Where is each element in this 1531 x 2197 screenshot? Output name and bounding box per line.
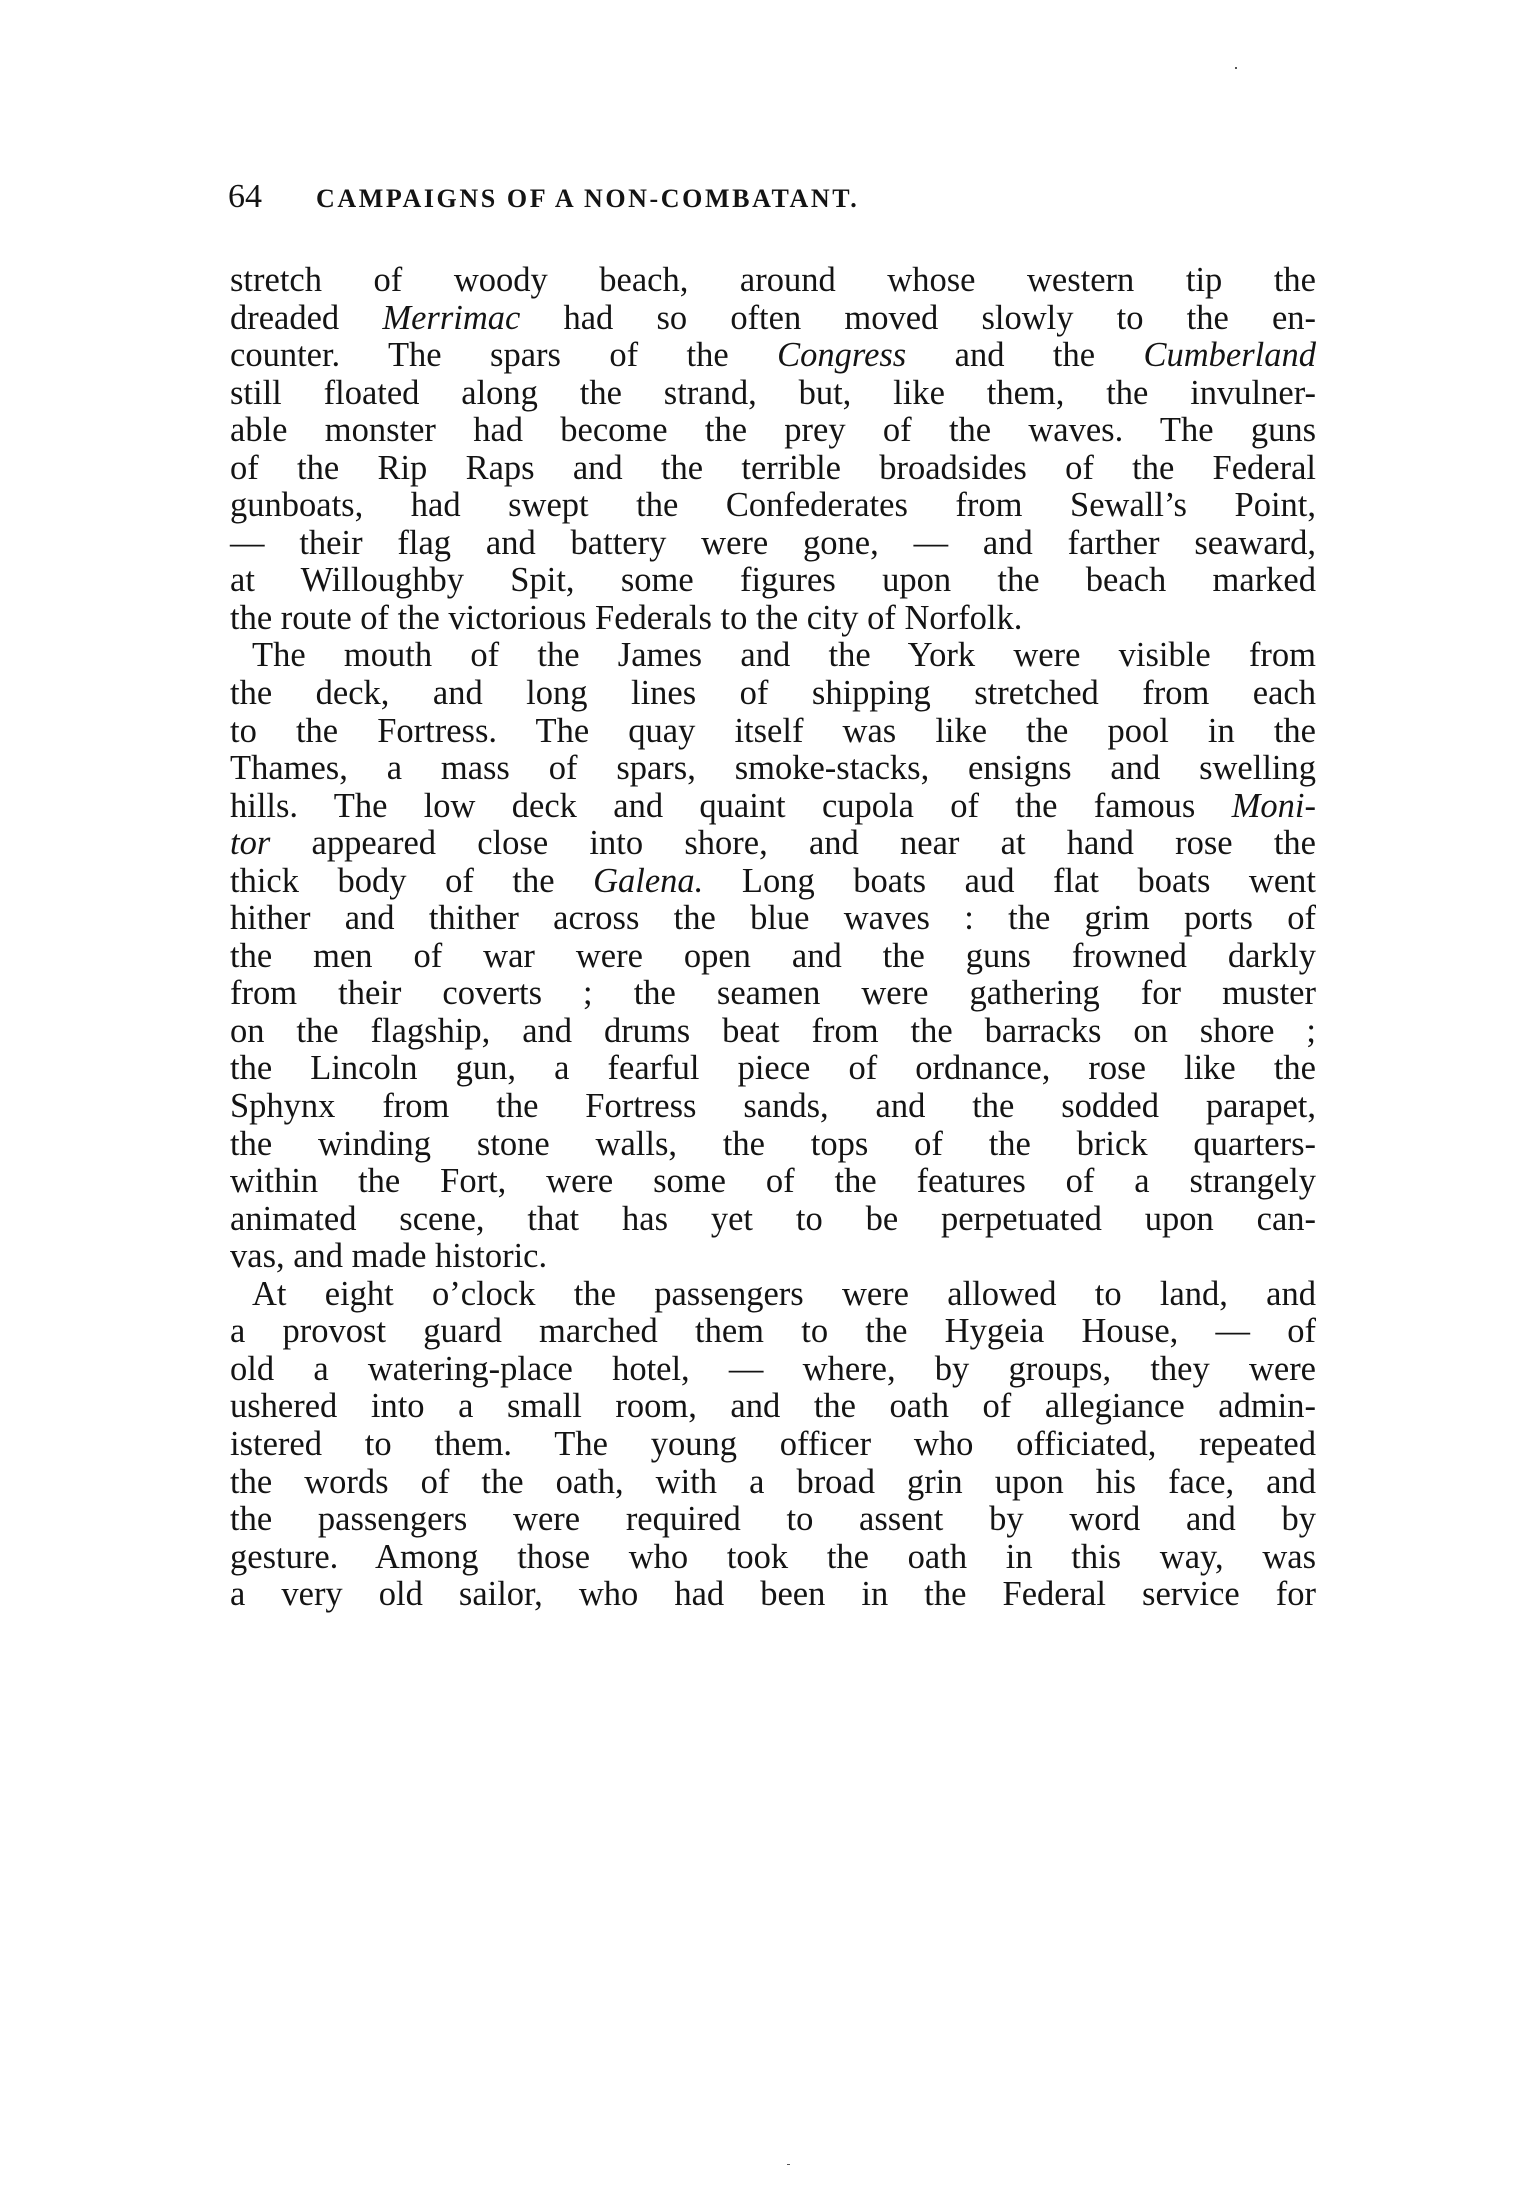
text-line: hills. The low deck and quaint cupola of…	[230, 788, 1316, 826]
italic-ship-name: Congress	[777, 336, 906, 374]
text-line: gunboats, had swept the Confederates fro…	[230, 487, 1316, 525]
italic-ship-name: Galena.	[593, 862, 703, 900]
line-text: hills. The low deck and quaint cupola of…	[230, 787, 1232, 825]
line-text: gesture. Among those who took the oath i…	[230, 1538, 1316, 1576]
text-line: Sphynx from the Fortress sands, and the …	[230, 1088, 1316, 1126]
line-text: appeared close into shore, and near at h…	[270, 824, 1316, 862]
text-line: hither and thither across the blue waves…	[230, 900, 1316, 938]
line-text: old a watering-place hotel, — where, by …	[230, 1350, 1316, 1388]
text-line: stretch of woody beach, around whose wes…	[230, 262, 1316, 300]
text-line: the winding stone walls, the tops of the…	[230, 1126, 1316, 1164]
line-text: The mouth of the James and the York were…	[252, 636, 1316, 674]
text-line: a provost guard marched them to the Hyge…	[230, 1313, 1316, 1351]
scan-speck	[1235, 67, 1237, 69]
text-line: a very old sailor, who had been in the F…	[230, 1576, 1316, 1614]
line-text: on the flagship, and drums beat from the…	[230, 1012, 1316, 1050]
text-line: within the Fort, were some of the featur…	[230, 1163, 1316, 1201]
line-text: the passengers were required to assent b…	[230, 1500, 1316, 1538]
line-text: the men of war were open and the guns fr…	[230, 937, 1316, 975]
line-text: stretch of woody beach, around whose wes…	[230, 261, 1316, 299]
line-text: vas, and made historic.	[230, 1237, 547, 1275]
text-line: istered to them. The young officer who o…	[230, 1426, 1316, 1464]
line-text: still floated along the strand, but, lik…	[230, 374, 1316, 412]
text-line: ushered into a small room, and the oath …	[230, 1388, 1316, 1426]
line-text: the words of the oath, with a broad grin…	[230, 1463, 1316, 1501]
line-text: able monster had become the prey of the …	[230, 411, 1316, 449]
line-text: Long boats aud flat boats went	[703, 862, 1316, 900]
text-line: animated scene, that has yet to be perpe…	[230, 1201, 1316, 1239]
line-text: and the	[906, 336, 1143, 374]
text-line: the words of the oath, with a broad grin…	[230, 1464, 1316, 1502]
text-line: the men of war were open and the guns fr…	[230, 938, 1316, 976]
page-header: 64 CAMPAIGNS OF A NON-COMBATANT.	[228, 172, 1318, 222]
text-line: gesture. Among those who took the oath i…	[230, 1539, 1316, 1577]
text-line: able monster had become the prey of the …	[230, 412, 1316, 450]
italic-ship-name: Moni-	[1232, 787, 1316, 825]
line-text: animated scene, that has yet to be perpe…	[230, 1200, 1316, 1238]
text-line: old a watering-place hotel, — where, by …	[230, 1351, 1316, 1389]
text-line: to the Fortress. The quay itself was lik…	[230, 713, 1316, 751]
italic-ship-name: Merrimac	[382, 299, 520, 337]
line-text: the Lincoln gun, a fearful piece of ordn…	[230, 1049, 1316, 1087]
line-text: within the Fort, were some of the featur…	[230, 1162, 1316, 1200]
line-text: a provost guard marched them to the Hyge…	[230, 1312, 1316, 1350]
text-line: tor appeared close into shore, and near …	[230, 825, 1316, 863]
text-line: the route of the victorious Federals to …	[230, 600, 1316, 638]
text-line: The mouth of the James and the York were…	[230, 637, 1316, 675]
line-text: the winding stone walls, the tops of the…	[230, 1125, 1316, 1163]
text-line: the Lincoln gun, a fearful piece of ordn…	[230, 1050, 1316, 1088]
text-line: still floated along the strand, but, lik…	[230, 375, 1316, 413]
line-text: the route of the victorious Federals to …	[230, 599, 1022, 637]
line-text: dreaded	[230, 299, 382, 337]
italic-ship-name: Cumberland	[1144, 336, 1317, 374]
text-line: on the flagship, and drums beat from the…	[230, 1013, 1316, 1051]
text-line: vas, and made historic.	[230, 1238, 1316, 1276]
text-line: counter. The spars of the Congress and t…	[230, 337, 1316, 375]
line-text: had so often moved slowly to the en-	[520, 299, 1316, 337]
line-text: istered to them. The young officer who o…	[230, 1425, 1316, 1463]
line-text: ushered into a small room, and the oath …	[230, 1387, 1316, 1425]
text-line: thick body of the Galena. Long boats aud…	[230, 863, 1316, 901]
line-text: — their flag and battery were gone, — an…	[230, 524, 1316, 562]
italic-ship-name: tor	[230, 824, 270, 862]
line-text: hither and thither across the blue waves…	[230, 899, 1316, 937]
body-text: stretch of woody beach, around whose wes…	[230, 262, 1316, 1614]
text-line: from their coverts ; the seamen were gat…	[230, 975, 1316, 1013]
text-line: dreaded Merrimac had so often moved slow…	[230, 300, 1316, 338]
line-text: At eight o’clock the passengers were all…	[252, 1275, 1316, 1313]
line-text: a very old sailor, who had been in the F…	[230, 1575, 1316, 1613]
line-text: to the Fortress. The quay itself was lik…	[230, 712, 1316, 750]
line-text: Thames, a mass of spars, smoke-stacks, e…	[230, 749, 1316, 787]
scan-speck	[787, 2164, 790, 2165]
running-title: CAMPAIGNS OF A NON-COMBATANT.	[316, 174, 859, 224]
text-line: Thames, a mass of spars, smoke-stacks, e…	[230, 750, 1316, 788]
text-line: of the Rip Raps and the terrible broadsi…	[230, 450, 1316, 488]
line-text: from their coverts ; the seamen were gat…	[230, 974, 1316, 1012]
line-text: the deck, and long lines of shipping str…	[230, 674, 1316, 712]
text-line: At eight o’clock the passengers were all…	[230, 1276, 1316, 1314]
page-number: 64	[228, 172, 262, 222]
line-text: gunboats, had swept the Confederates fro…	[230, 486, 1316, 524]
text-line: the passengers were required to assent b…	[230, 1501, 1316, 1539]
text-line: the deck, and long lines of shipping str…	[230, 675, 1316, 713]
line-text: of the Rip Raps and the terrible broadsi…	[230, 449, 1316, 487]
line-text: at Willoughby Spit, some figures upon th…	[230, 561, 1316, 599]
line-text: counter. The spars of the	[230, 336, 777, 374]
text-line: at Willoughby Spit, some figures upon th…	[230, 562, 1316, 600]
line-text: Sphynx from the Fortress sands, and the …	[230, 1087, 1316, 1125]
text-line: — their flag and battery were gone, — an…	[230, 525, 1316, 563]
line-text: thick body of the	[230, 862, 593, 900]
book-page: 64 CAMPAIGNS OF A NON-COMBATANT. stretch…	[0, 0, 1531, 2197]
